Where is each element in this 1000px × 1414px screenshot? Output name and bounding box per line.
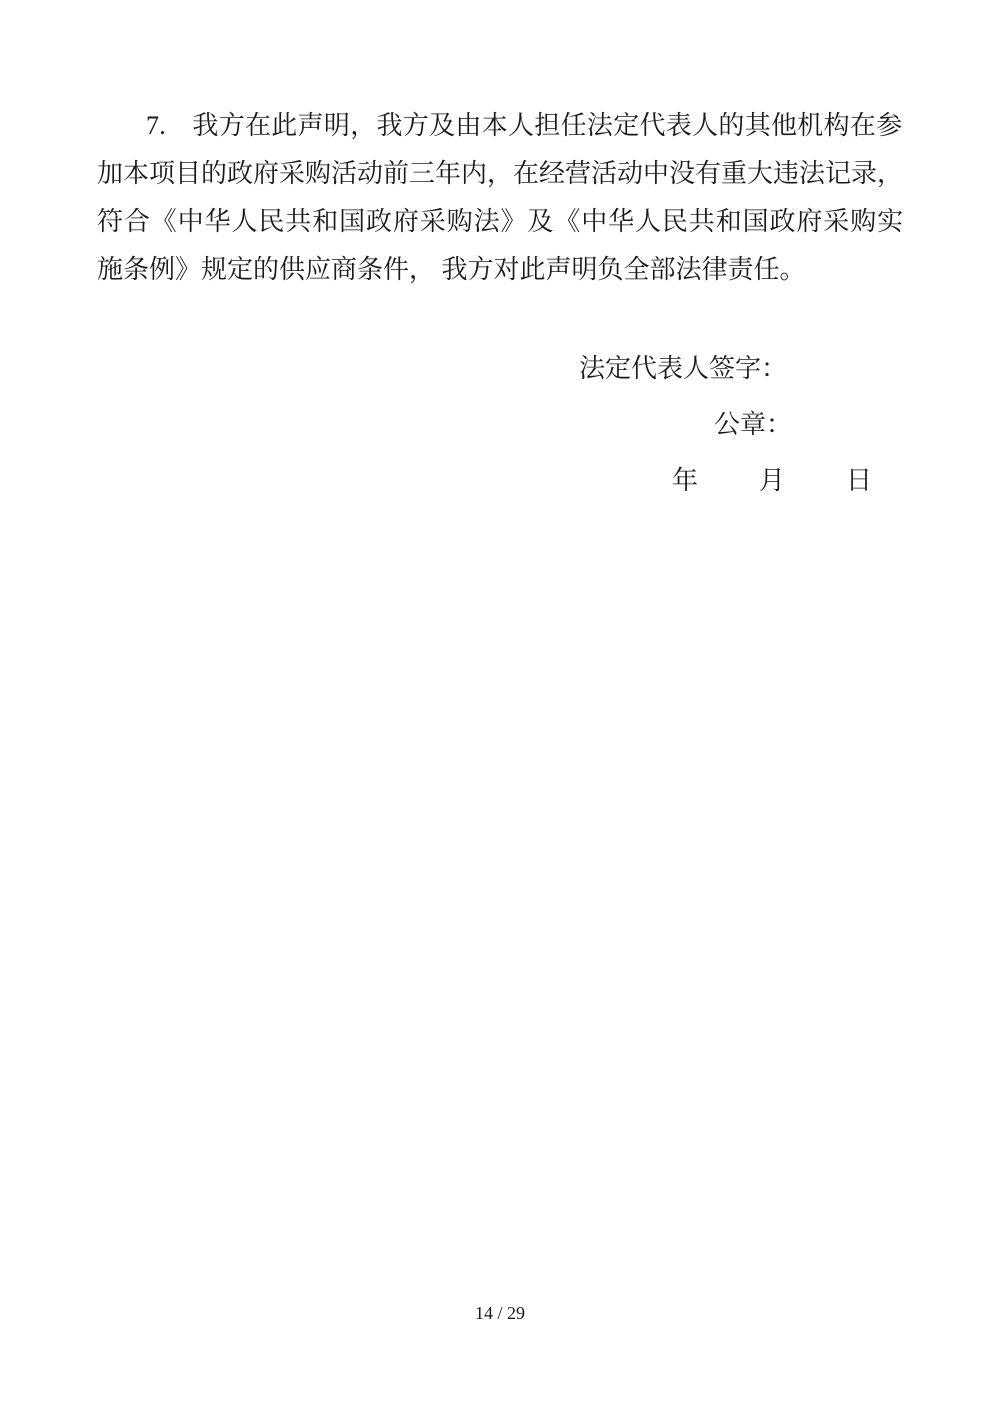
date-day-label: 日 — [846, 465, 872, 497]
date-month-label: 月 — [759, 465, 785, 497]
date-year-label: 年 — [672, 466, 698, 495]
paragraph-line-3: 符合《中华人民共和国政府采购法》及《中华人民共和国政府采购实 — [97, 198, 903, 246]
paragraph-line-1: 7. 我方在此声明，我方及由本人担任法定代表人的其他机构在参 — [97, 102, 903, 150]
paragraph-line-2: 加本项目的政府采购活动前三年内，在经营活动中没有重大违法记录， — [97, 150, 903, 198]
official-seal-label: 公章： — [714, 409, 792, 441]
paragraph-line-4: 施条例》规定的供应商条件， 我方对此声明负全部法律责任。 — [97, 246, 903, 294]
date-line: 年月日 — [672, 465, 872, 497]
page-number: 14 / 29 — [0, 1303, 1000, 1323]
legal-representative-signature-label: 法定代表人签字： — [579, 353, 787, 385]
declaration-paragraph: 7. 我方在此声明，我方及由本人担任法定代表人的其他机构在参 加本项目的政府采购… — [97, 102, 903, 294]
document-page: 7. 我方在此声明，我方及由本人担任法定代表人的其他机构在参 加本项目的政府采购… — [0, 0, 1000, 1414]
